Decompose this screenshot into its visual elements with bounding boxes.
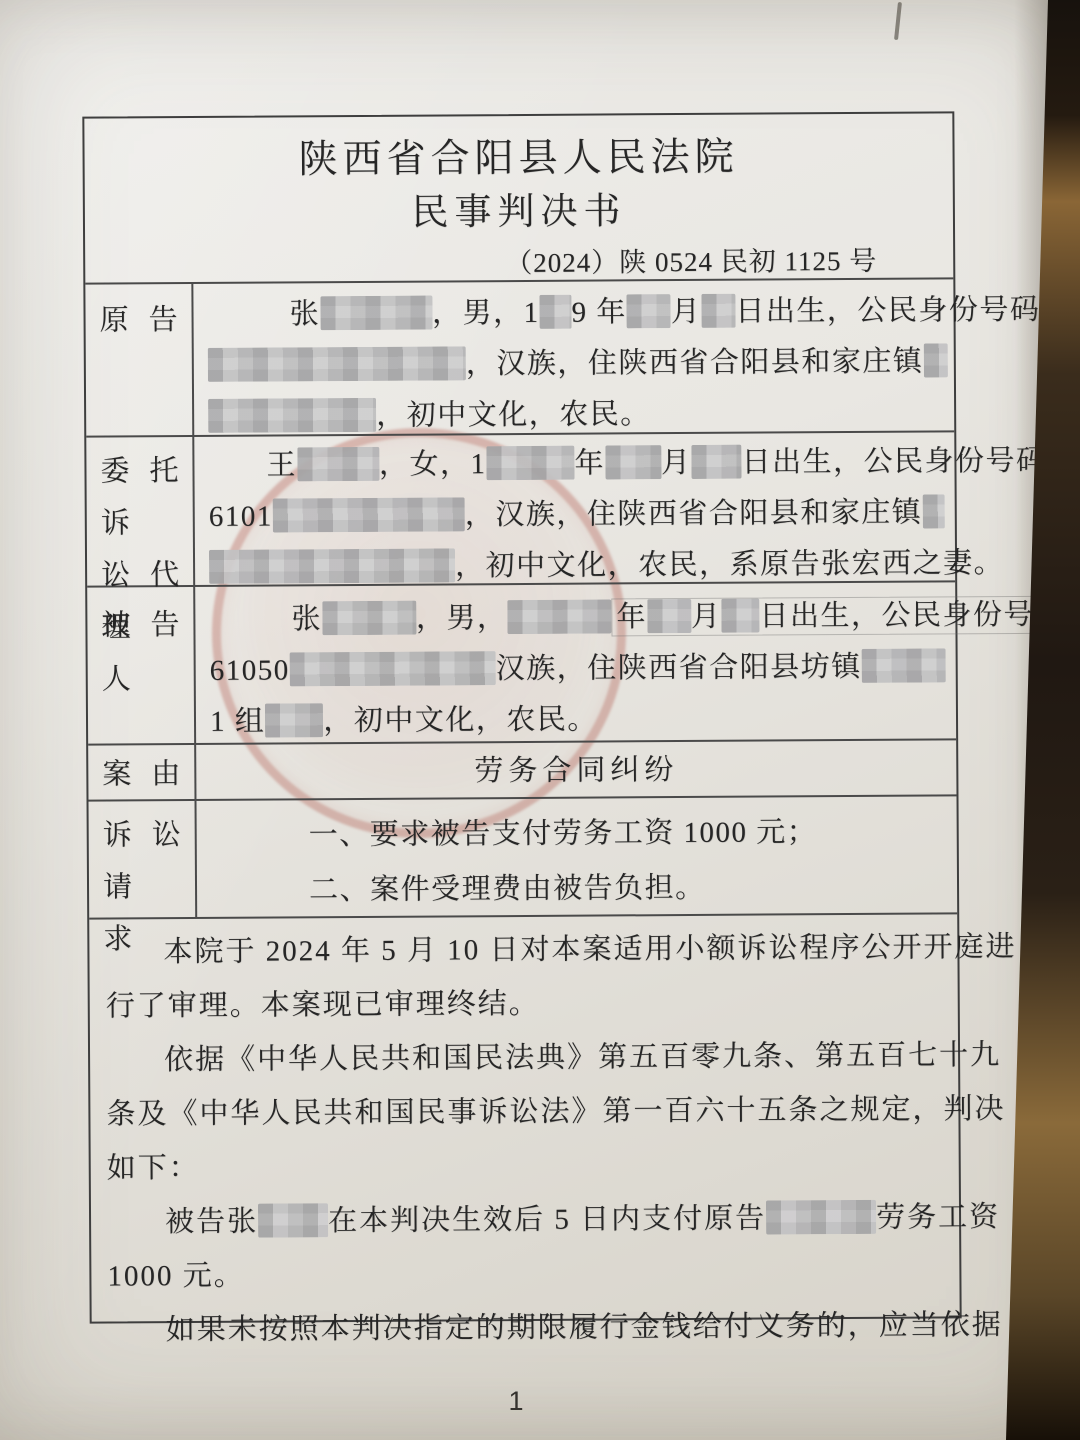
agent-row: 委托诉 讼代理 人 王，女，1年月日出生，公民身份号码： 6101，汉族，住陕西… <box>86 430 955 585</box>
claim-item-1: 一、要求被告支付劳务工资 1000 元； <box>309 804 943 863</box>
body-line-8: 如果未按照本判决指定的期限履行金钱给付义务的，应当依据 <box>108 1298 944 1357</box>
body-line-7: 1000 元。 <box>107 1244 943 1303</box>
redaction-blur <box>701 294 735 328</box>
court-name: 陕西省合阳县人民法院 <box>84 129 952 188</box>
agent-text: 年 <box>574 447 605 479</box>
body-text: 在本判决生效后 5 日内支付原告 <box>328 1203 766 1238</box>
agent-text: 月 <box>661 447 692 479</box>
redaction-blur <box>539 295 571 329</box>
agent-info: 王，女，1年月日出生，公民身份号码： 6101，汉族，住陕西省合阳县和家庄镇 ，… <box>194 432 1080 585</box>
agent-text: ，女，1 <box>379 448 487 481</box>
redaction-blur <box>290 651 496 686</box>
cause-value: 劳务合同纠纷 <box>196 740 956 799</box>
redaction-blur <box>507 599 611 634</box>
claims-label-line: 诉讼请 <box>103 809 182 913</box>
redaction-blur <box>209 548 455 584</box>
agent-line-1: 王，女，1年月日出生，公民身份号码： <box>208 436 1077 492</box>
document-type: 民事判决书 <box>85 183 953 242</box>
claim-item-2: 二、案件受理费由被告负担。 <box>309 859 943 918</box>
defendant-text: 汉族，住陕西省合阳县坊镇 <box>496 651 862 685</box>
plaintiff-text: ，初中文化，农民。 <box>376 398 651 432</box>
defendant-info: 张，男，年月日出生，公民身份号码： 61050汉族，住陕西省合阳县坊镇 1 组，… <box>195 581 1080 743</box>
photo-of-court-judgment: 陕西省合阳县人民法院 民事判决书 （2024）陕 0524 民初 1125 号 … <box>0 0 1080 1440</box>
plaintiff-line-1: 张，男，19 年月日出生，公民身份号码： <box>207 285 1071 341</box>
paper-sheet: 陕西省合阳县人民法院 民事判决书 （2024）陕 0524 民初 1125 号 … <box>0 0 1080 1440</box>
judgment-table: 陕西省合阳县人民法院 民事判决书 （2024）陕 0524 民初 1125 号 … <box>82 111 961 1323</box>
defendant-label: 被告 <box>87 587 196 744</box>
cause-label: 案由 <box>88 745 196 800</box>
redaction-blur <box>647 599 691 633</box>
paper-edge-mark <box>894 2 902 40</box>
defendant-text: 1 组 <box>210 706 265 738</box>
defendant-text: 月 <box>691 601 722 633</box>
plaintiff-text: 9 年 <box>571 296 626 328</box>
redaction-blur <box>273 497 465 532</box>
redaction-blur <box>320 296 432 331</box>
agent-name-fragment: 王 <box>266 449 297 481</box>
defendant-text: 日出生，公民身份号码： <box>759 598 1080 632</box>
cause-row: 案由 劳务合同纠纷 <box>88 738 956 799</box>
defendant-text: ，初中文化，农民。 <box>323 704 598 738</box>
plaintiff-line-2: ，汉族，住陕西省合阳县和家庄镇 <box>208 336 1072 392</box>
redaction-blur <box>322 601 416 636</box>
redaction-blur <box>486 446 574 481</box>
body-line-1: 本院于 2024 年 5 月 10 日对本案适用小额诉讼程序公开开庭进 <box>105 920 941 979</box>
redaction-blur <box>691 445 741 479</box>
body-line-5: 如下： <box>107 1136 943 1195</box>
agent-label-line: 委托诉 <box>100 445 179 549</box>
redaction-blur <box>208 398 376 433</box>
defendant-id-fragment: 61050 <box>210 654 290 686</box>
agent-id-fragment: 6101 <box>209 501 273 533</box>
plaintiff-text: 日出生，公民身份号码： <box>735 294 1071 328</box>
redaction-blur <box>923 343 947 377</box>
body-line-6: 被告张在本判决生效后 5 日内支付原告劳务工资 <box>107 1190 943 1249</box>
defendant-row: 被告 张，男，年月日出生，公民身份号码： 61050汉族，住陕西省合阳县坊镇 1… <box>87 580 956 743</box>
document-header: 陕西省合阳县人民法院 民事判决书 （2024）陕 0524 民初 1125 号 <box>84 113 953 282</box>
body-text: 劳务工资 <box>876 1201 1000 1234</box>
redaction-blur <box>862 648 946 683</box>
defendant-line-1: 张，男，年月日出生，公民身份号码： <box>209 589 1080 645</box>
redaction-box-outline: 年月日出生，公民身份号码： <box>611 595 1080 636</box>
body-text: 被告张 <box>165 1206 258 1239</box>
defendant-line-2: 61050汉族，住陕西省合阳县坊镇 <box>210 640 1080 696</box>
body-line-2: 行了审理。本案现已审理终结。 <box>106 974 942 1033</box>
redaction-blur <box>721 599 759 633</box>
redaction-blur <box>605 445 661 479</box>
plaintiff-label: 原告 <box>85 284 194 436</box>
agent-label: 委托诉 讼代理 人 <box>86 437 195 586</box>
claims-row: 诉讼请 求 一、要求被告支付劳务工资 1000 元； 二、案件受理费由被告负担。 <box>88 794 957 917</box>
defendant-text: 年 <box>616 601 647 633</box>
plaintiff-row: 原告 张，男，19 年月日出生，公民身份号码： ，汉族，住陕西省合阳县和家庄镇 … <box>85 277 954 435</box>
claims-label: 诉讼请 求 <box>89 801 198 918</box>
redaction-blur <box>297 447 379 482</box>
redaction-blur <box>265 703 323 737</box>
judgment-body: 本院于 2024 年 5 月 10 日对本案适用小额诉讼程序公开开庭进 行了审理… <box>89 912 959 1321</box>
page-number: 1 <box>86 1386 946 1417</box>
agent-text: 日出生，公民身份号码： <box>741 445 1077 479</box>
body-line-4: 条及《中华人民共和国民事诉讼法》第一百六十五条之规定，判决 <box>106 1082 942 1141</box>
agent-text: ，初中文化，农民，系原告张宏西之妻。 <box>455 547 1004 582</box>
plaintiff-text: 月 <box>671 296 702 328</box>
plaintiff-text: ，汉族，住陕西省合阳县和家庄镇 <box>466 346 924 381</box>
claims-list: 一、要求被告支付劳务工资 1000 元； 二、案件受理费由被告负担。 <box>197 796 958 917</box>
redaction-blur <box>208 346 466 382</box>
plaintiff-info: 张，男，19 年月日出生，公民身份号码： ，汉族，住陕西省合阳县和家庄镇 ，初中… <box>193 279 1080 435</box>
redaction-blur <box>258 1203 328 1237</box>
agent-line-2: 6101，汉族，住陕西省合阳县和家庄镇 <box>209 487 1078 543</box>
redaction-blur <box>627 294 671 328</box>
body-line-3: 依据《中华人民共和国民法典》第五百零九条、第五百七十九 <box>106 1028 942 1087</box>
redaction-blur <box>922 494 944 528</box>
defendant-name-fragment: 张 <box>291 603 322 635</box>
plaintiff-text: ，男，1 <box>432 297 540 330</box>
defendant-text: ，男， <box>416 602 508 635</box>
agent-text: ，汉族，住陕西省合阳县和家庄镇 <box>465 497 923 532</box>
plaintiff-name-fragment: 张 <box>289 298 320 330</box>
redaction-blur <box>766 1200 876 1235</box>
